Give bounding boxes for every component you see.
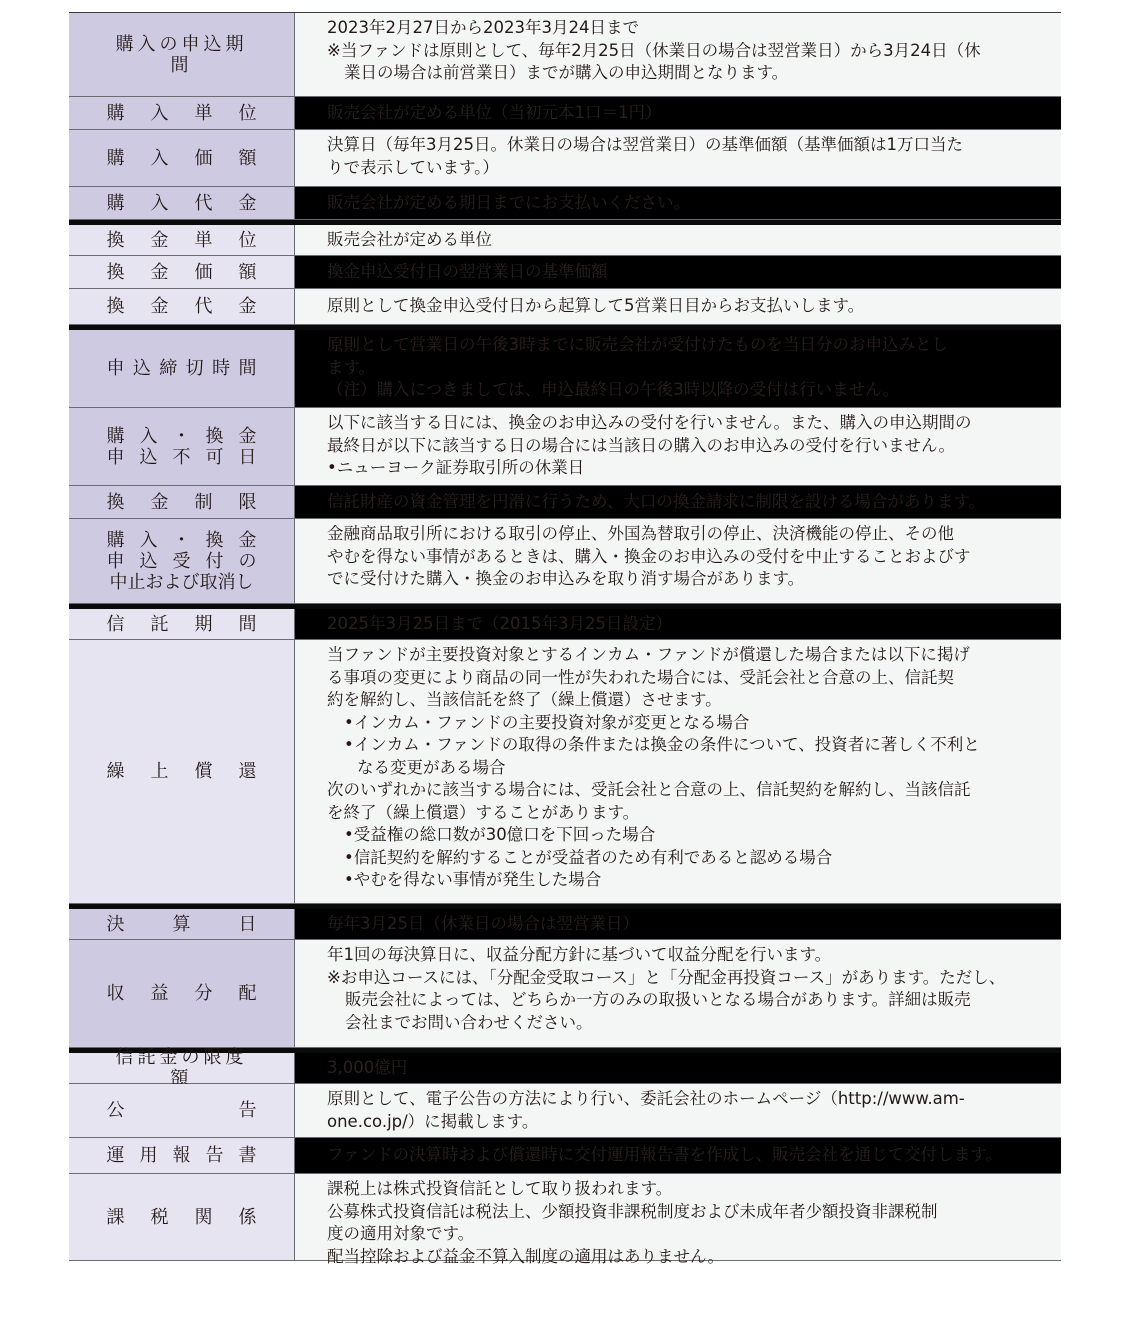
- row-value-line: •信託契約を解約することが受益者のため有利であると認める場合: [327, 847, 1037, 870]
- row-label-char: の: [239, 551, 257, 572]
- row-label-line: 購入単位: [107, 103, 257, 124]
- table-row: 購入代金販売会社が定める期日までにお支払いください。: [69, 187, 1061, 220]
- row-label-char: 託: [151, 614, 169, 635]
- row-value: 金融商品取引所における取引の停止、外国為替取引の停止、決済機能の停止、その他やむ…: [295, 519, 1061, 603]
- row-label-char: 公: [107, 1100, 125, 1121]
- row-label-line: 購入・換金: [107, 530, 257, 551]
- row-label-char: 告: [239, 1100, 257, 1121]
- row-value-line: やむを得ない事情があるときは、購入・換金のお申込みの受付を中止することおよびす: [327, 546, 1037, 569]
- row-label-char: 課: [107, 1207, 125, 1228]
- row-value-line: 度の適用対象です。: [327, 1223, 1037, 1246]
- row-label-char: 係: [239, 1207, 257, 1228]
- row-label-char: 込: [140, 447, 158, 468]
- row-value-line: 原則として営業日の午後3時までに販売会社が受付けたものを当日分のお申込みとし: [327, 334, 1037, 357]
- row-value-line: 原則として換金申込受付日から起算して5営業日目からお支払いします。: [327, 295, 864, 318]
- row-value-line: る事項の変更により商品の同一性が失われた場合には、受託会社と合意の上、信託契: [327, 667, 1037, 690]
- row-label-line: 信託期間: [107, 614, 257, 635]
- row-label-char: 受: [173, 551, 191, 572]
- row-label-char: 書: [239, 1145, 257, 1166]
- row-value: 信託財産の資金管理を円滑に行うため、大口の換金請求に制限を設ける場合があります。: [295, 486, 1061, 518]
- row-value-line: one.co.jp/）に掲載します。: [327, 1111, 1037, 1134]
- row-label-line: 購入価額: [107, 148, 257, 169]
- table-row: 換金単位販売会社が定める単位: [69, 220, 1061, 256]
- row-label-line: 購入代金: [107, 193, 257, 214]
- row-label-line: 課税関係: [107, 1207, 257, 1228]
- table-row: 購入価額決算日（毎年3月25日。休業日の場合は翌営業日）の基準価額（基準価額は1…: [69, 130, 1061, 187]
- row-label-char: 告: [206, 1145, 224, 1166]
- row-label: 購入・換金申込受付の中止および取消し: [69, 519, 295, 603]
- row-label-char: 締: [159, 358, 177, 379]
- row-label: 運用報告書: [69, 1138, 295, 1173]
- table-row: 購入・換金申込受付の中止および取消し金融商品取引所における取引の停止、外国為替取…: [69, 519, 1061, 604]
- row-label-char: 換: [206, 426, 224, 447]
- row-label-line: 換金価額: [107, 262, 257, 283]
- row-label-char: 償: [195, 761, 213, 782]
- row-value-line: 販売会社が定める単位（当初元本1口＝1円）: [327, 102, 662, 125]
- row-label: 購入・換金申込不可日: [69, 408, 295, 485]
- row-label-char: 配: [239, 983, 257, 1004]
- row-label-char: 入: [151, 103, 169, 124]
- row-label: 購入の申込期間: [69, 13, 295, 96]
- row-label-char: 関: [195, 1207, 213, 1228]
- row-value-line: ます。: [327, 357, 1037, 380]
- row-label-char: 金: [151, 296, 169, 317]
- row-label-char: 価: [195, 148, 213, 169]
- row-label-char: 入: [151, 193, 169, 214]
- row-label-char: 額: [239, 148, 257, 169]
- row-label: 収益分配: [69, 940, 295, 1047]
- row-value-line: 販売会社が定める単位: [327, 229, 492, 252]
- row-value: 2025年3月25日まで（2015年3月25日設定）: [295, 609, 1061, 639]
- row-label-char: 込: [140, 551, 158, 572]
- row-label-char: 入: [140, 426, 158, 447]
- row-label-char: 申: [107, 358, 125, 379]
- row-label-char: 換: [107, 262, 125, 283]
- row-label-char: 位: [239, 103, 257, 124]
- row-label-char: 購: [107, 426, 125, 447]
- row-label-char: 分: [195, 983, 213, 1004]
- row-label-char: 用: [140, 1145, 158, 1166]
- table-row: 信託期間2025年3月25日まで（2015年3月25日設定）: [69, 604, 1061, 640]
- row-label-char: 購: [107, 193, 125, 214]
- row-label-line: 購入・換金: [107, 426, 257, 447]
- row-value: 毎年3月25日（休業日の場合は翌営業日）: [295, 909, 1061, 939]
- row-label-line: 申込締切時間: [107, 358, 257, 379]
- row-label-char: 報: [173, 1145, 191, 1166]
- row-value: 原則として営業日の午後3時までに販売会社が受付けたものを当日分のお申込みとします…: [295, 330, 1061, 407]
- row-label-char: 信: [107, 614, 125, 635]
- row-label: 決算日: [69, 909, 295, 939]
- row-label-char: 申: [107, 447, 125, 468]
- row-label: 信託金の限度額: [69, 1053, 295, 1083]
- row-value-line: 年1回の毎決算日に、収益分配方針に基づいて収益分配を行います。: [327, 944, 1037, 967]
- row-label-line: 信託金の限度額: [107, 1047, 257, 1089]
- row-label-char: 税: [151, 1207, 169, 1228]
- row-value-line: 2025年3月25日まで（2015年3月25日設定）: [327, 613, 672, 636]
- row-label: 換金制限: [69, 486, 295, 518]
- row-label-char: ・: [173, 426, 191, 447]
- row-label-char: 金: [239, 530, 257, 551]
- table-row: 信託金の限度額3,000億円: [69, 1048, 1061, 1084]
- row-label-char: 金: [151, 492, 169, 513]
- row-label-char: 換: [107, 230, 125, 251]
- row-label: 換金価額: [69, 256, 295, 288]
- table-row: 購入・換金申込不可日以下に該当する日には、換金のお申込みの受付を行いません。また…: [69, 408, 1061, 486]
- row-label-char: 換: [107, 492, 125, 513]
- row-label-char: 位: [239, 230, 257, 251]
- row-label-line: 申込受付の: [107, 551, 257, 572]
- row-label-char: 収: [107, 983, 125, 1004]
- row-value-line: 金融商品取引所における取引の停止、外国為替取引の停止、決済機能の停止、その他: [327, 523, 1037, 546]
- row-value-line: •インカム・ファンドの取得の条件または換金の条件について、投資者に著しく不利と: [327, 734, 1037, 757]
- row-value-line: 販売会社が定める期日までにお支払いください。: [327, 192, 690, 215]
- row-label-char: 切: [186, 358, 204, 379]
- row-label-char: 益: [151, 983, 169, 1004]
- row-label-char: 金: [151, 262, 169, 283]
- row-label-char: 単: [195, 230, 213, 251]
- row-value-line: •ニューヨーク証券取引所の休業日: [327, 457, 1037, 480]
- row-label: 申込締切時間: [69, 330, 295, 407]
- row-label: 換金代金: [69, 289, 295, 324]
- row-value-line: •やむを得ない事情が発生した場合: [327, 869, 1037, 892]
- row-label-char: 算: [173, 914, 191, 935]
- row-label-char: ・: [173, 530, 191, 551]
- row-value-line: なる変更がある場合: [327, 757, 1037, 780]
- row-label-line: 公告: [107, 1100, 257, 1121]
- row-value-line: 原則として、電子公告の方法により行い、委託会社のホームページ（http://ww…: [327, 1088, 1037, 1111]
- row-label-char: 不: [173, 447, 191, 468]
- row-label-char: 金: [239, 193, 257, 214]
- row-label-line: 申込不可日: [107, 447, 257, 468]
- table-row: 換金制限信託財産の資金管理を円滑に行うため、大口の換金請求に制限を設ける場合があ…: [69, 486, 1061, 519]
- row-label-char: 運: [107, 1145, 125, 1166]
- row-value-line: 当ファンドが主要投資対象とするインカム・ファンドが償還した場合または以下に掲げ: [327, 644, 1037, 667]
- row-value-line: ※お申込コースには、「分配金受取コース」と「分配金再投資コース」があります。ただ…: [327, 967, 1037, 990]
- row-label: 課税関係: [69, 1174, 295, 1260]
- row-value-line: 換金申込受付日の翌営業日の基準価額: [327, 261, 608, 284]
- row-value-line: 以下に該当する日には、換金のお申込みの受付を行いません。また、購入の申込期間の: [327, 412, 1037, 435]
- row-label-char: 限: [239, 492, 257, 513]
- row-label-char: 入: [151, 148, 169, 169]
- row-label-char: 価: [195, 262, 213, 283]
- row-value: 原則として、電子公告の方法により行い、委託会社のホームページ（http://ww…: [295, 1084, 1061, 1137]
- row-value: 販売会社が定める期日までにお支払いください。: [295, 187, 1061, 219]
- row-label-char: 購: [107, 148, 125, 169]
- row-label-line: 中止および取消し: [107, 572, 257, 593]
- row-label-char: 期: [195, 614, 213, 635]
- row-label-char: 日: [239, 447, 257, 468]
- row-label-char: 金: [239, 296, 257, 317]
- table-row: 換金代金原則として換金申込受付日から起算して5営業日目からお支払いします。: [69, 289, 1061, 325]
- table-row: 課税関係課税上は株式投資信託として取り扱われます。公募株式投資信託は税法上、少額…: [69, 1174, 1061, 1261]
- row-label-char: 申: [107, 551, 125, 572]
- row-label-line: 繰上償還: [107, 761, 257, 782]
- row-value-line: •インカム・ファンドの主要投資対象が変更となる場合: [327, 712, 1037, 735]
- row-value: 年1回の毎決算日に、収益分配方針に基づいて収益分配を行います。※お申込コースには…: [295, 940, 1061, 1047]
- row-value: 販売会社が定める単位: [295, 225, 1061, 255]
- row-value-line: 信託財産の資金管理を円滑に行うため、大口の換金請求に制限を設ける場合があります。: [327, 491, 985, 514]
- row-value-line: 会社までお問い合わせください。: [327, 1012, 1037, 1035]
- row-value: 2023年2月27日から2023年3月24日まで※当ファンドは原則として、毎年2…: [295, 13, 1061, 96]
- table-row: 決算日毎年3月25日（休業日の場合は翌営業日）: [69, 904, 1061, 940]
- row-value-line: 決算日（毎年3月25日。休業日の場合は翌営業日）の基準価額（基準価額は1万口当た: [327, 134, 1037, 157]
- row-label-char: 購: [107, 530, 125, 551]
- row-value-line: でに受付けた購入・換金のお申込みを取り消す場合があります。: [327, 568, 1037, 591]
- row-label-char: 金: [151, 230, 169, 251]
- row-value-line: りで表示しています。）: [327, 157, 1037, 180]
- row-value-line: 2023年2月27日から2023年3月24日まで: [327, 17, 1037, 40]
- table-row: 購入単位販売会社が定める単位（当初元本1口＝1円）: [69, 97, 1061, 130]
- row-label-char: 入: [140, 530, 158, 551]
- row-label-char: 間: [238, 358, 256, 379]
- table-row: 公告原則として、電子公告の方法により行い、委託会社のホームページ（http://…: [69, 1084, 1061, 1138]
- row-value-line: 公募株式投資信託は税法上、少額投資非課税制度および未成年者少額投資非課税制: [327, 1201, 1037, 1224]
- row-label-char: 購: [107, 103, 125, 124]
- row-label-char: 間: [239, 614, 257, 635]
- row-label-line: 収益分配: [107, 983, 257, 1004]
- row-label-char: 込: [133, 358, 151, 379]
- row-label-char: 時: [212, 358, 230, 379]
- row-value-line: 3,000億円: [327, 1057, 407, 1080]
- row-label: 信託期間: [69, 609, 295, 639]
- row-value-line: 販売会社によっては、どちらか一方のみの取扱いとなる場合があります。詳細は販売: [327, 989, 1037, 1012]
- row-label-line: 運用報告書: [107, 1145, 257, 1166]
- row-label-char: 額: [239, 262, 257, 283]
- row-value: 当ファンドが主要投資対象とするインカム・ファンドが償還した場合または以下に掲げる…: [295, 640, 1061, 903]
- table-row: 繰上償還当ファンドが主要投資対象とするインカム・ファンドが償還した場合または以下…: [69, 640, 1061, 904]
- row-label-char: 制: [195, 492, 213, 513]
- table-row: 収益分配年1回の毎決算日に、収益分配方針に基づいて収益分配を行います。※お申込コ…: [69, 940, 1061, 1048]
- row-value: ファンドの決算時および償還時に交付運用報告書を作成し、販売会社を通じて交付します…: [295, 1138, 1061, 1173]
- row-value-line: 業日の場合は前営業日）までが購入の申込期間となります。: [327, 62, 1037, 85]
- row-label-char: 代: [195, 296, 213, 317]
- row-value: 決算日（毎年3月25日。休業日の場合は翌営業日）の基準価額（基準価額は1万口当た…: [295, 130, 1061, 186]
- row-label-line: 購入の申込期間: [107, 34, 257, 76]
- row-label: 購入代金: [69, 187, 295, 219]
- row-label: 換金単位: [69, 225, 295, 255]
- row-label-char: 可: [206, 447, 224, 468]
- row-value-line: 次のいずれかに該当する場合には、受託会社と合意の上、信託契約を解約し、当該信託: [327, 779, 1037, 802]
- row-label: 繰上償還: [69, 640, 295, 903]
- row-value-line: を終了（繰上償還）することがあります。: [327, 802, 1037, 825]
- row-value: 換金申込受付日の翌営業日の基準価額: [295, 256, 1061, 288]
- row-value-line: （注）購入につきましては、申込最終日の午後3時以降の受付は行いません。: [327, 379, 1037, 402]
- row-label-line: 換金代金: [107, 296, 257, 317]
- row-value-line: 毎年3月25日（休業日の場合は翌営業日）: [327, 913, 639, 936]
- row-value-line: 課税上は株式投資信託として取り扱われます。: [327, 1178, 1037, 1201]
- table-row: 申込締切時間原則として営業日の午後3時までに販売会社が受付けたものを当日分のお申…: [69, 325, 1061, 408]
- row-label-char: 付: [206, 551, 224, 572]
- row-value-line: 配当控除および益金不算入制度の適用はありません。: [327, 1246, 1037, 1269]
- row-value: 3,000億円: [295, 1053, 1061, 1083]
- row-value: 販売会社が定める単位（当初元本1口＝1円）: [295, 97, 1061, 129]
- row-value-line: ※当ファンドは原則として、毎年2月25日（休業日の場合は翌営業日）から3月24日…: [327, 40, 1037, 63]
- row-label-char: 決: [107, 914, 125, 935]
- row-label: 購入価額: [69, 130, 295, 186]
- table-row: 運用報告書ファンドの決算時および償還時に交付運用報告書を作成し、販売会社を通じて…: [69, 1138, 1061, 1174]
- row-value: 課税上は株式投資信託として取り扱われます。公募株式投資信託は税法上、少額投資非課…: [295, 1174, 1061, 1260]
- row-label-char: 金: [239, 426, 257, 447]
- row-label-char: 単: [195, 103, 213, 124]
- fund-terms-table: 購入の申込期間2023年2月27日から2023年3月24日まで※当ファンドは原則…: [69, 12, 1061, 1261]
- row-value-line: 約を解約し、当該信託を終了（繰上償還）させます。: [327, 689, 1037, 712]
- table-row: 購入の申込期間2023年2月27日から2023年3月24日まで※当ファンドは原則…: [69, 13, 1061, 97]
- row-label-char: 日: [239, 914, 257, 935]
- row-label-line: 換金制限: [107, 492, 257, 513]
- row-label-char: 上: [151, 761, 169, 782]
- row-label-line: 換金単位: [107, 230, 257, 251]
- row-label: 購入単位: [69, 97, 295, 129]
- row-label-char: 換: [206, 530, 224, 551]
- row-value-line: ファンドの決算時および償還時に交付運用報告書を作成し、販売会社を通じて交付します…: [327, 1144, 1002, 1167]
- row-label-line: 決算日: [107, 914, 257, 935]
- row-value: 以下に該当する日には、換金のお申込みの受付を行いません。また、購入の申込期間の最…: [295, 408, 1061, 485]
- row-value: 原則として換金申込受付日から起算して5営業日目からお支払いします。: [295, 289, 1061, 324]
- row-label-char: 還: [239, 761, 257, 782]
- row-label-char: 繰: [107, 761, 125, 782]
- row-value-line: 最終日が以下に該当する日の場合には当該日の購入のお申込みの受付を行いません。: [327, 435, 1037, 458]
- row-label: 公告: [69, 1084, 295, 1137]
- table-row: 換金価額換金申込受付日の翌営業日の基準価額: [69, 256, 1061, 289]
- row-label-char: 代: [195, 193, 213, 214]
- row-value-line: •受益権の総口数が30億口を下回った場合: [327, 824, 1037, 847]
- row-label-char: 換: [107, 296, 125, 317]
